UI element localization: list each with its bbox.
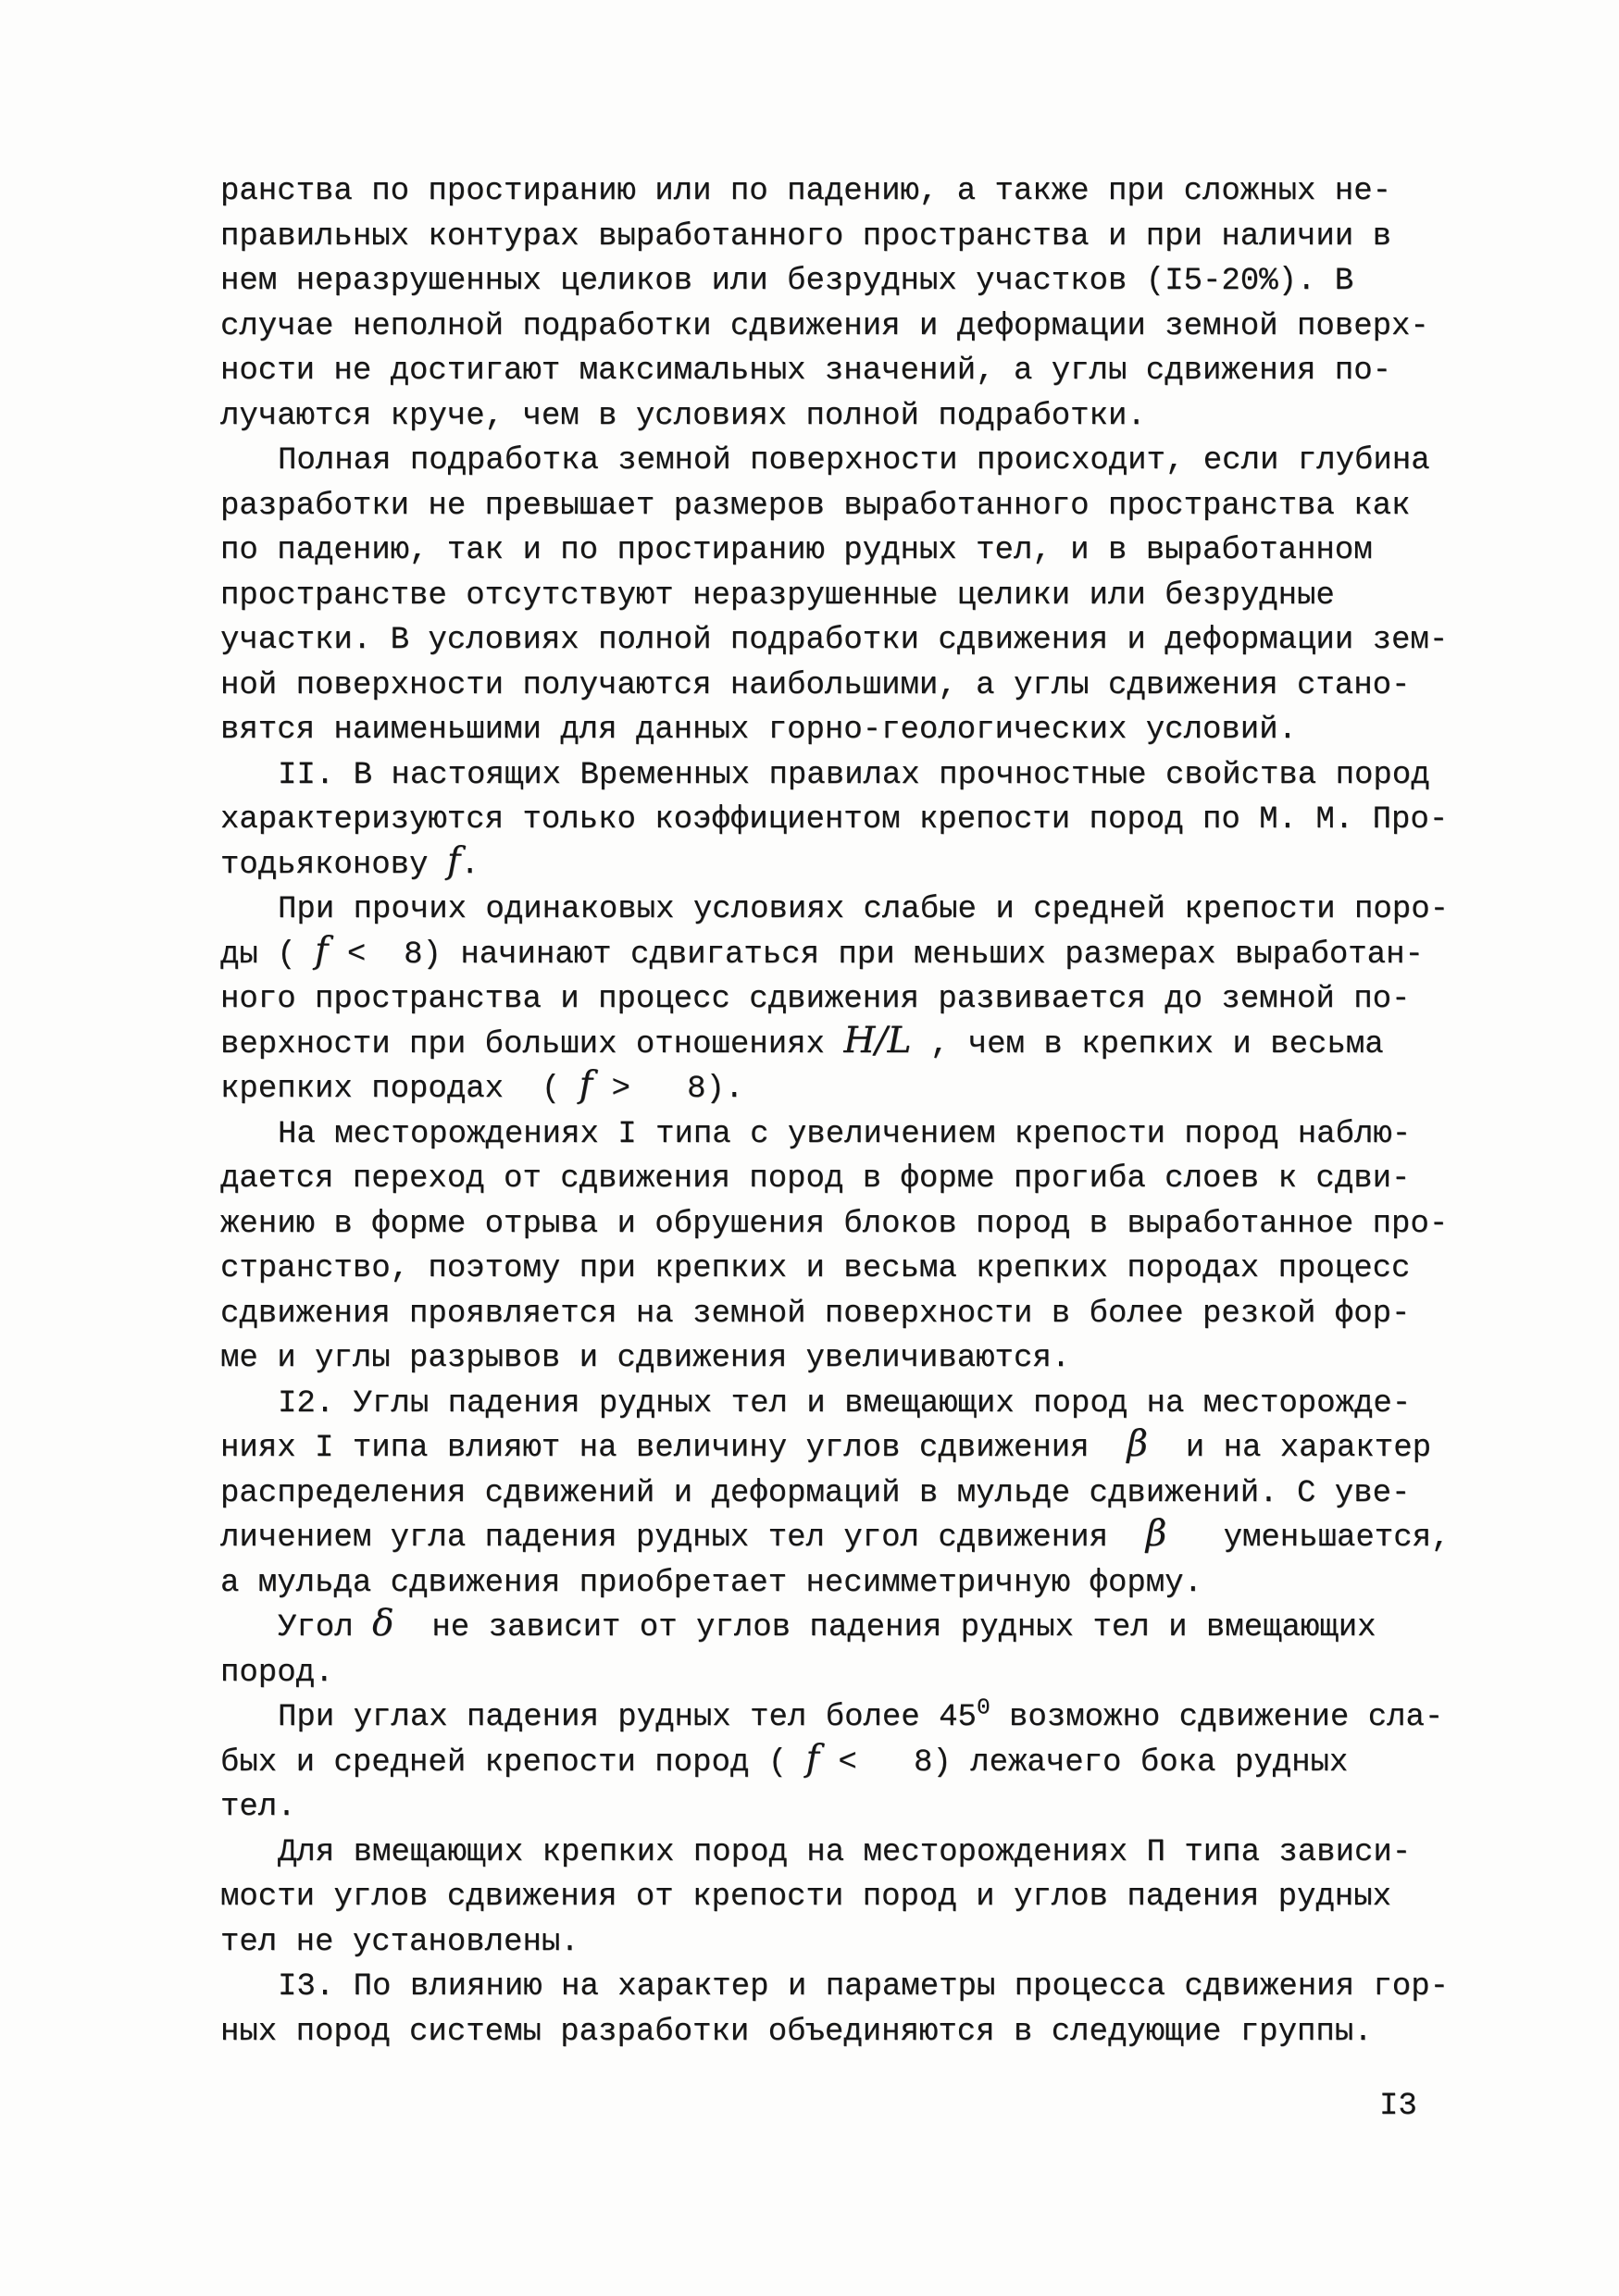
text-line: ме и углы разрывов и сдвижения увеличива… bbox=[220, 1336, 1535, 1382]
text-run: I3. По влиянию на характер и параметры п… bbox=[278, 1969, 1449, 2004]
text-run: пространстве отсутствуют неразрушенные ц… bbox=[220, 578, 1335, 614]
math-symbol: f bbox=[579, 1064, 592, 1106]
text-line: нем неразрушенных целиков или безрудных … bbox=[220, 259, 1535, 304]
text-run: возможно сдвижение сла- bbox=[990, 1700, 1444, 1735]
text-run: тодьяконову bbox=[220, 848, 447, 883]
superscript-degree: 0 bbox=[977, 1696, 990, 1721]
math-symbol: β bbox=[1146, 1513, 1167, 1555]
text-line: а мульда сдвижения приобретает несимметр… bbox=[220, 1561, 1535, 1607]
text-run: не зависит от углов падения рудных тел и… bbox=[394, 1610, 1376, 1645]
text-line: пород. bbox=[220, 1651, 1535, 1696]
text-run: жению в форме отрыва и обрушения блоков … bbox=[220, 1207, 1448, 1242]
text-run: вятся наименьшими для данных горно-геоло… bbox=[220, 713, 1297, 748]
text-run: лучаются круче, чем в условиях полной по… bbox=[220, 399, 1146, 434]
text-run: Полная подработка земной поверхности про… bbox=[278, 443, 1430, 478]
text-run: дается переход от сдвижения пород в форм… bbox=[220, 1161, 1410, 1197]
text-line: дается переход от сдвижения пород в форм… bbox=[220, 1157, 1535, 1202]
text-run: , чем в крепких и весьма bbox=[912, 1027, 1384, 1062]
text-run: При углах падения рудных тел более 45 bbox=[278, 1700, 977, 1735]
text-run: личением угла падения рудных тел угол сд… bbox=[220, 1520, 1146, 1556]
text-run: и на характер bbox=[1148, 1431, 1431, 1466]
text-run: а мульда сдвижения приобретает несимметр… bbox=[220, 1566, 1202, 1601]
text-run: бых и средней крепости пород ( bbox=[220, 1745, 806, 1781]
text-run: разработки не превышает размеров выработ… bbox=[220, 489, 1410, 524]
text-line: I3. По влиянию на характер и параметры п… bbox=[220, 1965, 1535, 2010]
text-run: мости углов сдвижения от крепости пород … bbox=[220, 1880, 1391, 1915]
text-run: II. В настоящих Временных правилах прочн… bbox=[278, 758, 1430, 793]
text-line: мости углов сдвижения от крепости пород … bbox=[220, 1875, 1535, 1920]
text-line: вятся наименьшими для данных горно-геоло… bbox=[220, 708, 1535, 753]
text-line: Полная подработка земной поверхности про… bbox=[220, 439, 1535, 484]
text-run: I2. Углы падения рудных тел и вмещающих … bbox=[278, 1386, 1411, 1421]
text-line: распределения сдвижений и деформаций в м… bbox=[220, 1471, 1535, 1517]
text-line: На месторождениях I типа с увеличением к… bbox=[220, 1112, 1535, 1158]
text-line: личением угла падения рудных тел угол сд… bbox=[220, 1516, 1535, 1561]
text-line: ниях I типа влияют на величину углов сдв… bbox=[220, 1426, 1535, 1471]
text-line: ной поверхности получаются наибольшими, … bbox=[220, 664, 1535, 709]
text-run: пород. bbox=[220, 1656, 333, 1691]
text-line: по падению, так и по простиранию рудных … bbox=[220, 528, 1535, 574]
text-line: I2. Углы падения рудных тел и вмещающих … bbox=[220, 1382, 1535, 1427]
text-run: Для вмещающих крепких пород на месторожд… bbox=[278, 1835, 1411, 1870]
math-symbol: f bbox=[315, 930, 328, 972]
text-run: . bbox=[460, 848, 479, 883]
text-line: Угол δ не зависит от углов падения рудны… bbox=[220, 1606, 1535, 1651]
document-page: ранства по простиранию или по падению, а… bbox=[0, 0, 1619, 2296]
text-line: правильных контурах выработанного простр… bbox=[220, 215, 1535, 260]
text-line: верхности при больших отношениях H/L , ч… bbox=[220, 1023, 1535, 1068]
text-line: странство, поэтому при крепких и весьма … bbox=[220, 1247, 1535, 1292]
text-run: ме и углы разрывов и сдвижения увеличива… bbox=[220, 1341, 1070, 1376]
math-symbol: f bbox=[806, 1738, 819, 1780]
math-symbol: f bbox=[447, 840, 460, 882]
text-run: крепких породах ( bbox=[220, 1072, 579, 1107]
text-run: распределения сдвижений и деформаций в м… bbox=[220, 1476, 1410, 1511]
text-line: разработки не превышает размеров выработ… bbox=[220, 484, 1535, 529]
text-line: тел не установлены. bbox=[220, 1920, 1535, 1966]
text-run: тел не установлены. bbox=[220, 1925, 579, 1960]
text-run: ной поверхности получаются наибольшими, … bbox=[220, 668, 1410, 703]
text-line: пространстве отсутствуют неразрушенные ц… bbox=[220, 574, 1535, 619]
text-line: жению в форме отрыва и обрушения блоков … bbox=[220, 1202, 1535, 1247]
text-run: правильных контурах выработанного простр… bbox=[220, 219, 1391, 254]
text-run: ного пространства и процесс сдвижения ра… bbox=[220, 982, 1410, 1017]
text-line: крепких породах ( f > 8). bbox=[220, 1067, 1535, 1112]
text-run: < 8) начинают сдвигаться при меньших раз… bbox=[329, 937, 1424, 973]
text-run: > 8). bbox=[592, 1072, 743, 1107]
text-run: участки. В условиях полной подработки сд… bbox=[220, 623, 1448, 658]
text-run: характеризуются только коэффициентом кре… bbox=[220, 802, 1448, 838]
text-run: тел. bbox=[220, 1790, 296, 1825]
text-run: сдвижения проявляется на земной поверхно… bbox=[220, 1297, 1410, 1332]
text-line: лучаются круче, чем в условиях полной по… bbox=[220, 394, 1535, 440]
text-run: ниях I типа влияют на величину углов сдв… bbox=[220, 1431, 1127, 1466]
text-line: ды ( f < 8) начинают сдвигаться при мень… bbox=[220, 933, 1535, 978]
text-run: верхности при больших отношениях bbox=[220, 1027, 843, 1062]
text-run: ды ( bbox=[220, 937, 315, 973]
text-run: При прочих одинаковых условиях слабые и … bbox=[278, 892, 1449, 927]
text-line: II. В настоящих Временных правилах прочн… bbox=[220, 753, 1535, 799]
text-line: Для вмещающих крепких пород на месторожд… bbox=[220, 1831, 1535, 1876]
text-line: сдвижения проявляется на земной поверхно… bbox=[220, 1292, 1535, 1337]
text-line: бых и средней крепости пород ( f < 8) ле… bbox=[220, 1741, 1535, 1786]
page-number: I3 bbox=[1379, 2084, 1417, 2128]
text-run: На месторождениях I типа с увеличением к… bbox=[278, 1117, 1411, 1152]
text-line: тел. bbox=[220, 1785, 1535, 1831]
text-line: ного пространства и процесс сдвижения ра… bbox=[220, 977, 1535, 1023]
text-run: ных пород системы разработки объединяютс… bbox=[220, 2015, 1373, 2050]
math-symbol: β bbox=[1127, 1423, 1148, 1465]
text-line: характеризуются только коэффициентом кре… bbox=[220, 798, 1535, 843]
text-line: ных пород системы разработки объединяютс… bbox=[220, 2010, 1535, 2055]
text-run: < 8) лежачего бока рудных bbox=[819, 1745, 1348, 1781]
text-line: При прочих одинаковых условиях слабые и … bbox=[220, 887, 1535, 933]
text-line: ности не достигают максимальных значений… bbox=[220, 349, 1535, 394]
math-symbol: H/L bbox=[843, 1020, 911, 1061]
text-run: Угол bbox=[278, 1610, 372, 1645]
text-run: уменьшается, bbox=[1166, 1520, 1450, 1556]
text-run: ранства по простиранию или по падению, а… bbox=[220, 174, 1391, 209]
text-line: тодьяконову f. bbox=[220, 843, 1535, 888]
text-line: При углах падения рудных тел более 450 в… bbox=[220, 1695, 1535, 1741]
math-symbol: δ bbox=[372, 1603, 394, 1644]
text-line: случае неполной подработки сдвижения и д… bbox=[220, 304, 1535, 350]
text-line: ранства по простиранию или по падению, а… bbox=[220, 169, 1535, 215]
text-run: по падению, так и по простиранию рудных … bbox=[220, 533, 1373, 568]
body-text: ранства по простиранию или по падению, а… bbox=[220, 169, 1535, 2054]
text-run: ности не достигают максимальных значений… bbox=[220, 354, 1391, 389]
text-line: участки. В условиях полной подработки сд… bbox=[220, 618, 1535, 664]
text-run: странство, поэтому при крепких и весьма … bbox=[220, 1251, 1410, 1286]
text-run: случае неполной подработки сдвижения и д… bbox=[220, 309, 1429, 344]
text-run: нем неразрушенных целиков или безрудных … bbox=[220, 264, 1353, 299]
